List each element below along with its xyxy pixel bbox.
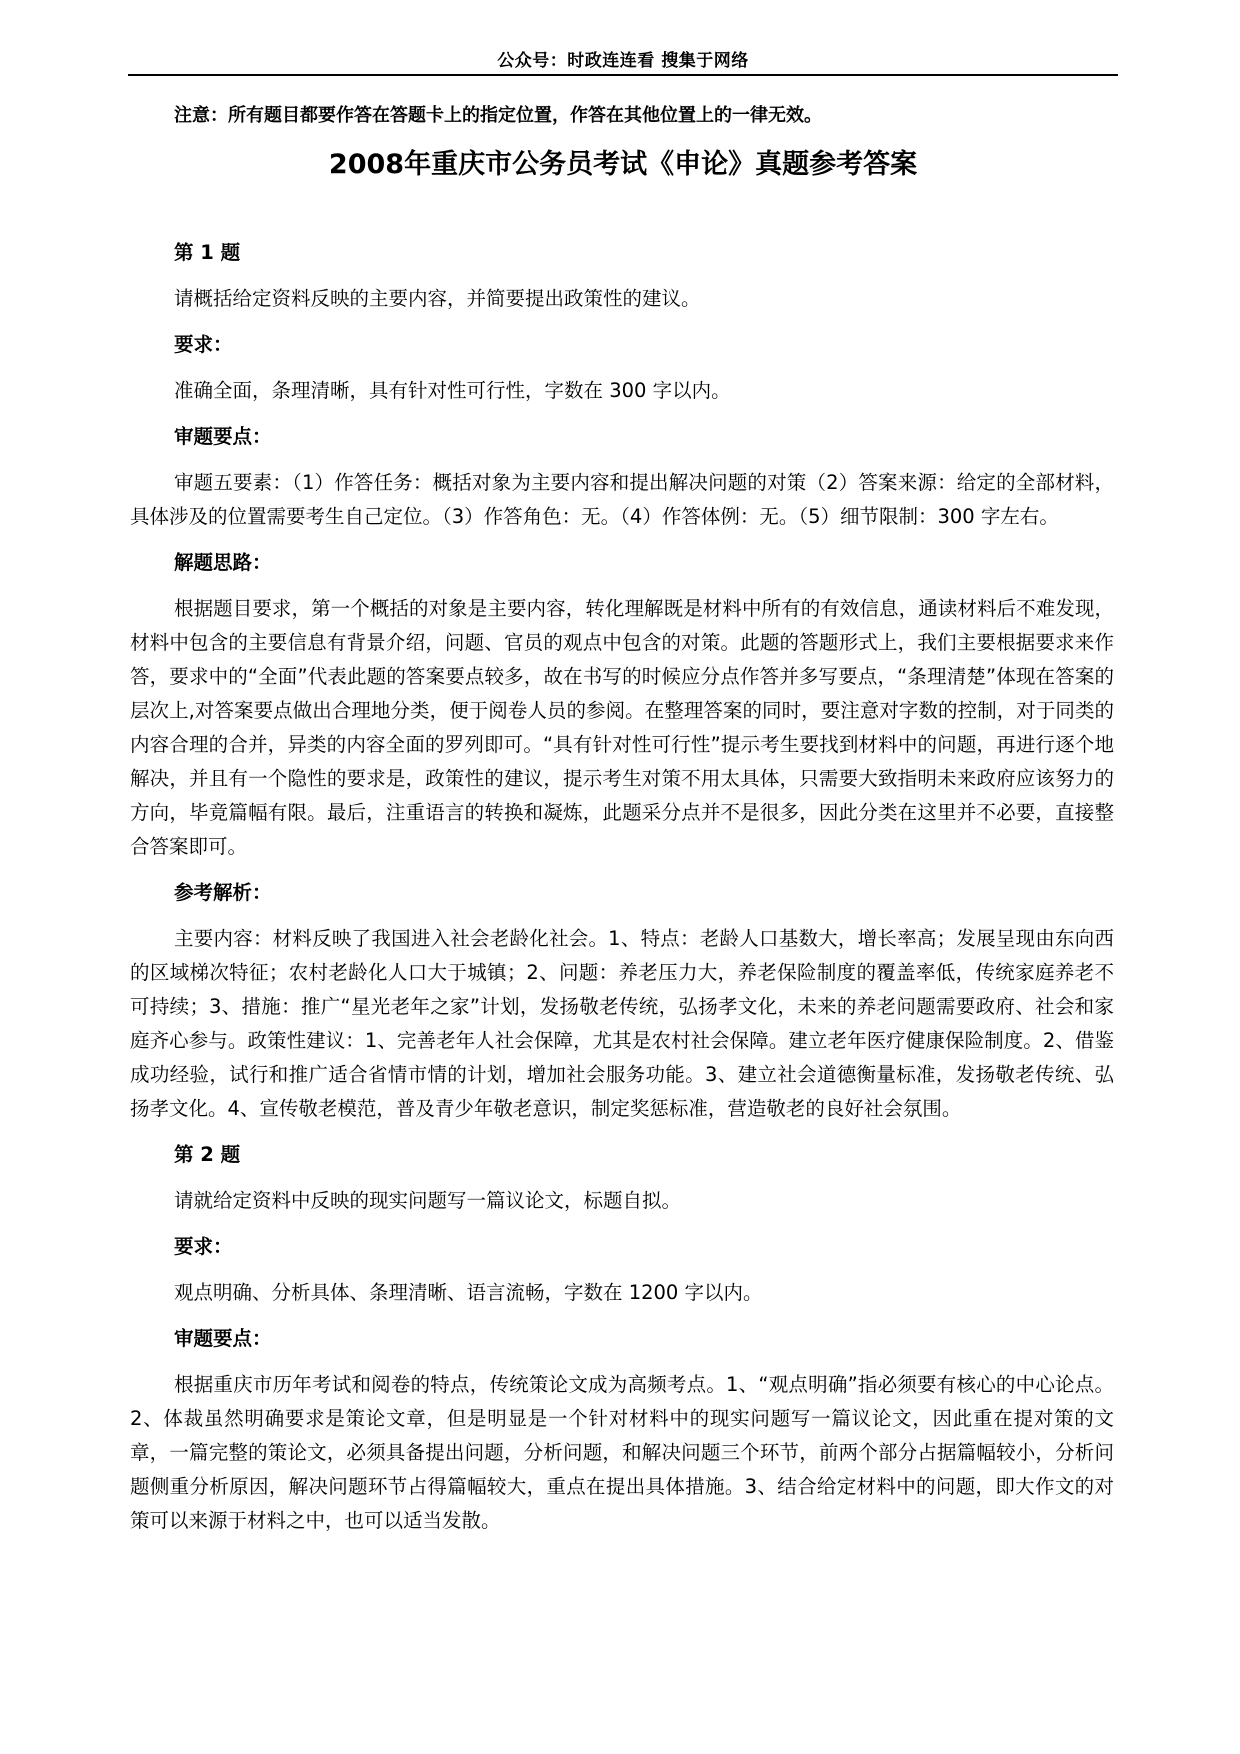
key-points-label: 审题要点： xyxy=(130,420,1114,454)
requirement-label: 要求： xyxy=(130,1230,1114,1264)
notice-text: 注意：所有题目都要作答在答题卡上的指定位置，作答在其他位置上的一律无效。 xyxy=(174,101,822,127)
question-prompt: 请就给定资料中反映的现实问题写一篇议论文，标题自拟。 xyxy=(130,1184,1114,1218)
approach-label: 解题思路： xyxy=(130,546,1114,580)
key-points-text: 根据重庆市历年考试和阅卷的特点，传统策论文成为高频考点。1、“观点明确”指必须要… xyxy=(130,1368,1114,1538)
requirement-text: 准确全面，条理清晰，具有针对性可行性，字数在 300 字以内。 xyxy=(130,374,1114,408)
approach-text: 根据题目要求，第一个概括的对象是主要内容，转化理解既是材料中所有的有效信息，通读… xyxy=(130,592,1114,864)
question-prompt: 请概括给定资料反映的主要内容，并简要提出政策性的建议。 xyxy=(130,282,1114,316)
question-heading: 第 2 题 xyxy=(130,1138,1114,1172)
analysis-text: 主要内容：材料反映了我国进入社会老龄化社会。1、特点：老龄人口基数大，增长率高；… xyxy=(130,922,1114,1126)
analysis-label: 参考解析： xyxy=(130,876,1114,910)
question-2: 第 2 题 请就给定资料中反映的现实问题写一篇议论文，标题自拟。 要求： 观点明… xyxy=(130,1138,1114,1538)
key-points-text: 审题五要素：（1）作答任务：概括对象为主要内容和提出解决问题的对策（2）答案来源… xyxy=(130,466,1114,534)
document-body: 第 1 题 请概括给定资料反映的主要内容，并简要提出政策性的建议。 要求： 准确… xyxy=(130,236,1114,1550)
document-title: 2008年重庆市公务员考试《申论》真题参考答案 xyxy=(128,142,1118,181)
requirement-label: 要求： xyxy=(130,328,1114,362)
requirement-text: 观点明确、分析具体、条理清晰、语言流畅，字数在 1200 字以内。 xyxy=(130,1276,1114,1310)
page-header-source: 公众号：时政连连看 搜集于网络 xyxy=(128,46,1118,71)
question-heading: 第 1 题 xyxy=(130,236,1114,270)
question-1: 第 1 题 请概括给定资料反映的主要内容，并简要提出政策性的建议。 要求： 准确… xyxy=(130,236,1114,1126)
key-points-label: 审题要点： xyxy=(130,1322,1114,1356)
header-divider xyxy=(128,74,1118,76)
